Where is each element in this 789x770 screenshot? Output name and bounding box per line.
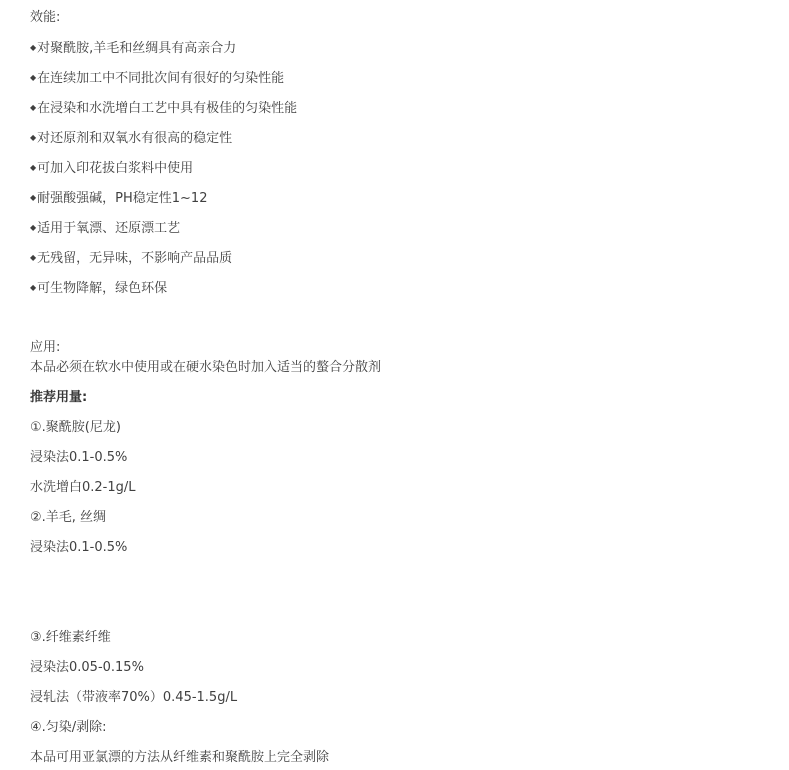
efficacy-item: ◆可生物降解，绿色环保	[30, 280, 167, 297]
diamond-bullet-icon: ◆	[30, 103, 36, 112]
dosage-nylon-title: ①.聚酰胺(尼龙)	[30, 420, 121, 436]
dosage-cellulose-line: 浸染法0.05-0.15%	[30, 660, 144, 676]
diamond-bullet-icon: ◆	[30, 283, 36, 292]
efficacy-item: ◆对还原剂和双氧水有很高的稳定性	[30, 130, 232, 147]
dosage-cellulose-line: 浸轧法（带液率70%）0.45-1.5g/L	[30, 690, 237, 706]
dosage-wool-line: 浸染法0.1-0.5%	[30, 540, 127, 556]
efficacy-item: ◆对聚酰胺,羊毛和丝绸具有高亲合力	[30, 40, 236, 57]
efficacy-item: ◆耐强酸强碱，PH稳定性1~12	[30, 190, 207, 207]
efficacy-item: ◆无残留，无异味，不影响产品品质	[30, 250, 232, 267]
efficacy-item: ◆在浸染和水洗增白工艺中具有极佳的匀染性能	[30, 100, 297, 117]
efficacy-item: ◆可加入印花拔白浆料中使用	[30, 160, 193, 177]
diamond-bullet-icon: ◆	[30, 133, 36, 142]
efficacy-heading: 效能:	[30, 10, 60, 26]
diamond-bullet-icon: ◆	[30, 73, 36, 82]
dosage-nylon-line: 水洗增白0.2-1g/L	[30, 480, 136, 496]
diamond-bullet-icon: ◆	[30, 43, 36, 52]
dosage-cellulose-title: ③.纤维素纤维	[30, 630, 111, 646]
dosage-wool-title: ②.羊毛, 丝绸	[30, 510, 106, 526]
dosage-heading: 推荐用量:	[30, 390, 87, 406]
efficacy-item: ◆在连续加工中不同批次间有很好的匀染性能	[30, 70, 284, 87]
application-text: 本品必须在软水中使用或在硬水染色时加入适当的螯合分散剂	[30, 360, 381, 376]
diamond-bullet-icon: ◆	[30, 193, 36, 202]
efficacy-item: ◆适用于氧漂、还原漂工艺	[30, 220, 180, 237]
dosage-stripping-title: ④.匀染/剥除:	[30, 720, 107, 736]
application-heading: 应用:	[30, 340, 60, 356]
dosage-stripping-line: 本品可用亚氯漂的方法从纤维素和聚酰胺上完全剥除	[30, 750, 329, 766]
dosage-nylon-line: 浸染法0.1-0.5%	[30, 450, 127, 466]
diamond-bullet-icon: ◆	[30, 253, 36, 262]
diamond-bullet-icon: ◆	[30, 163, 36, 172]
diamond-bullet-icon: ◆	[30, 223, 36, 232]
